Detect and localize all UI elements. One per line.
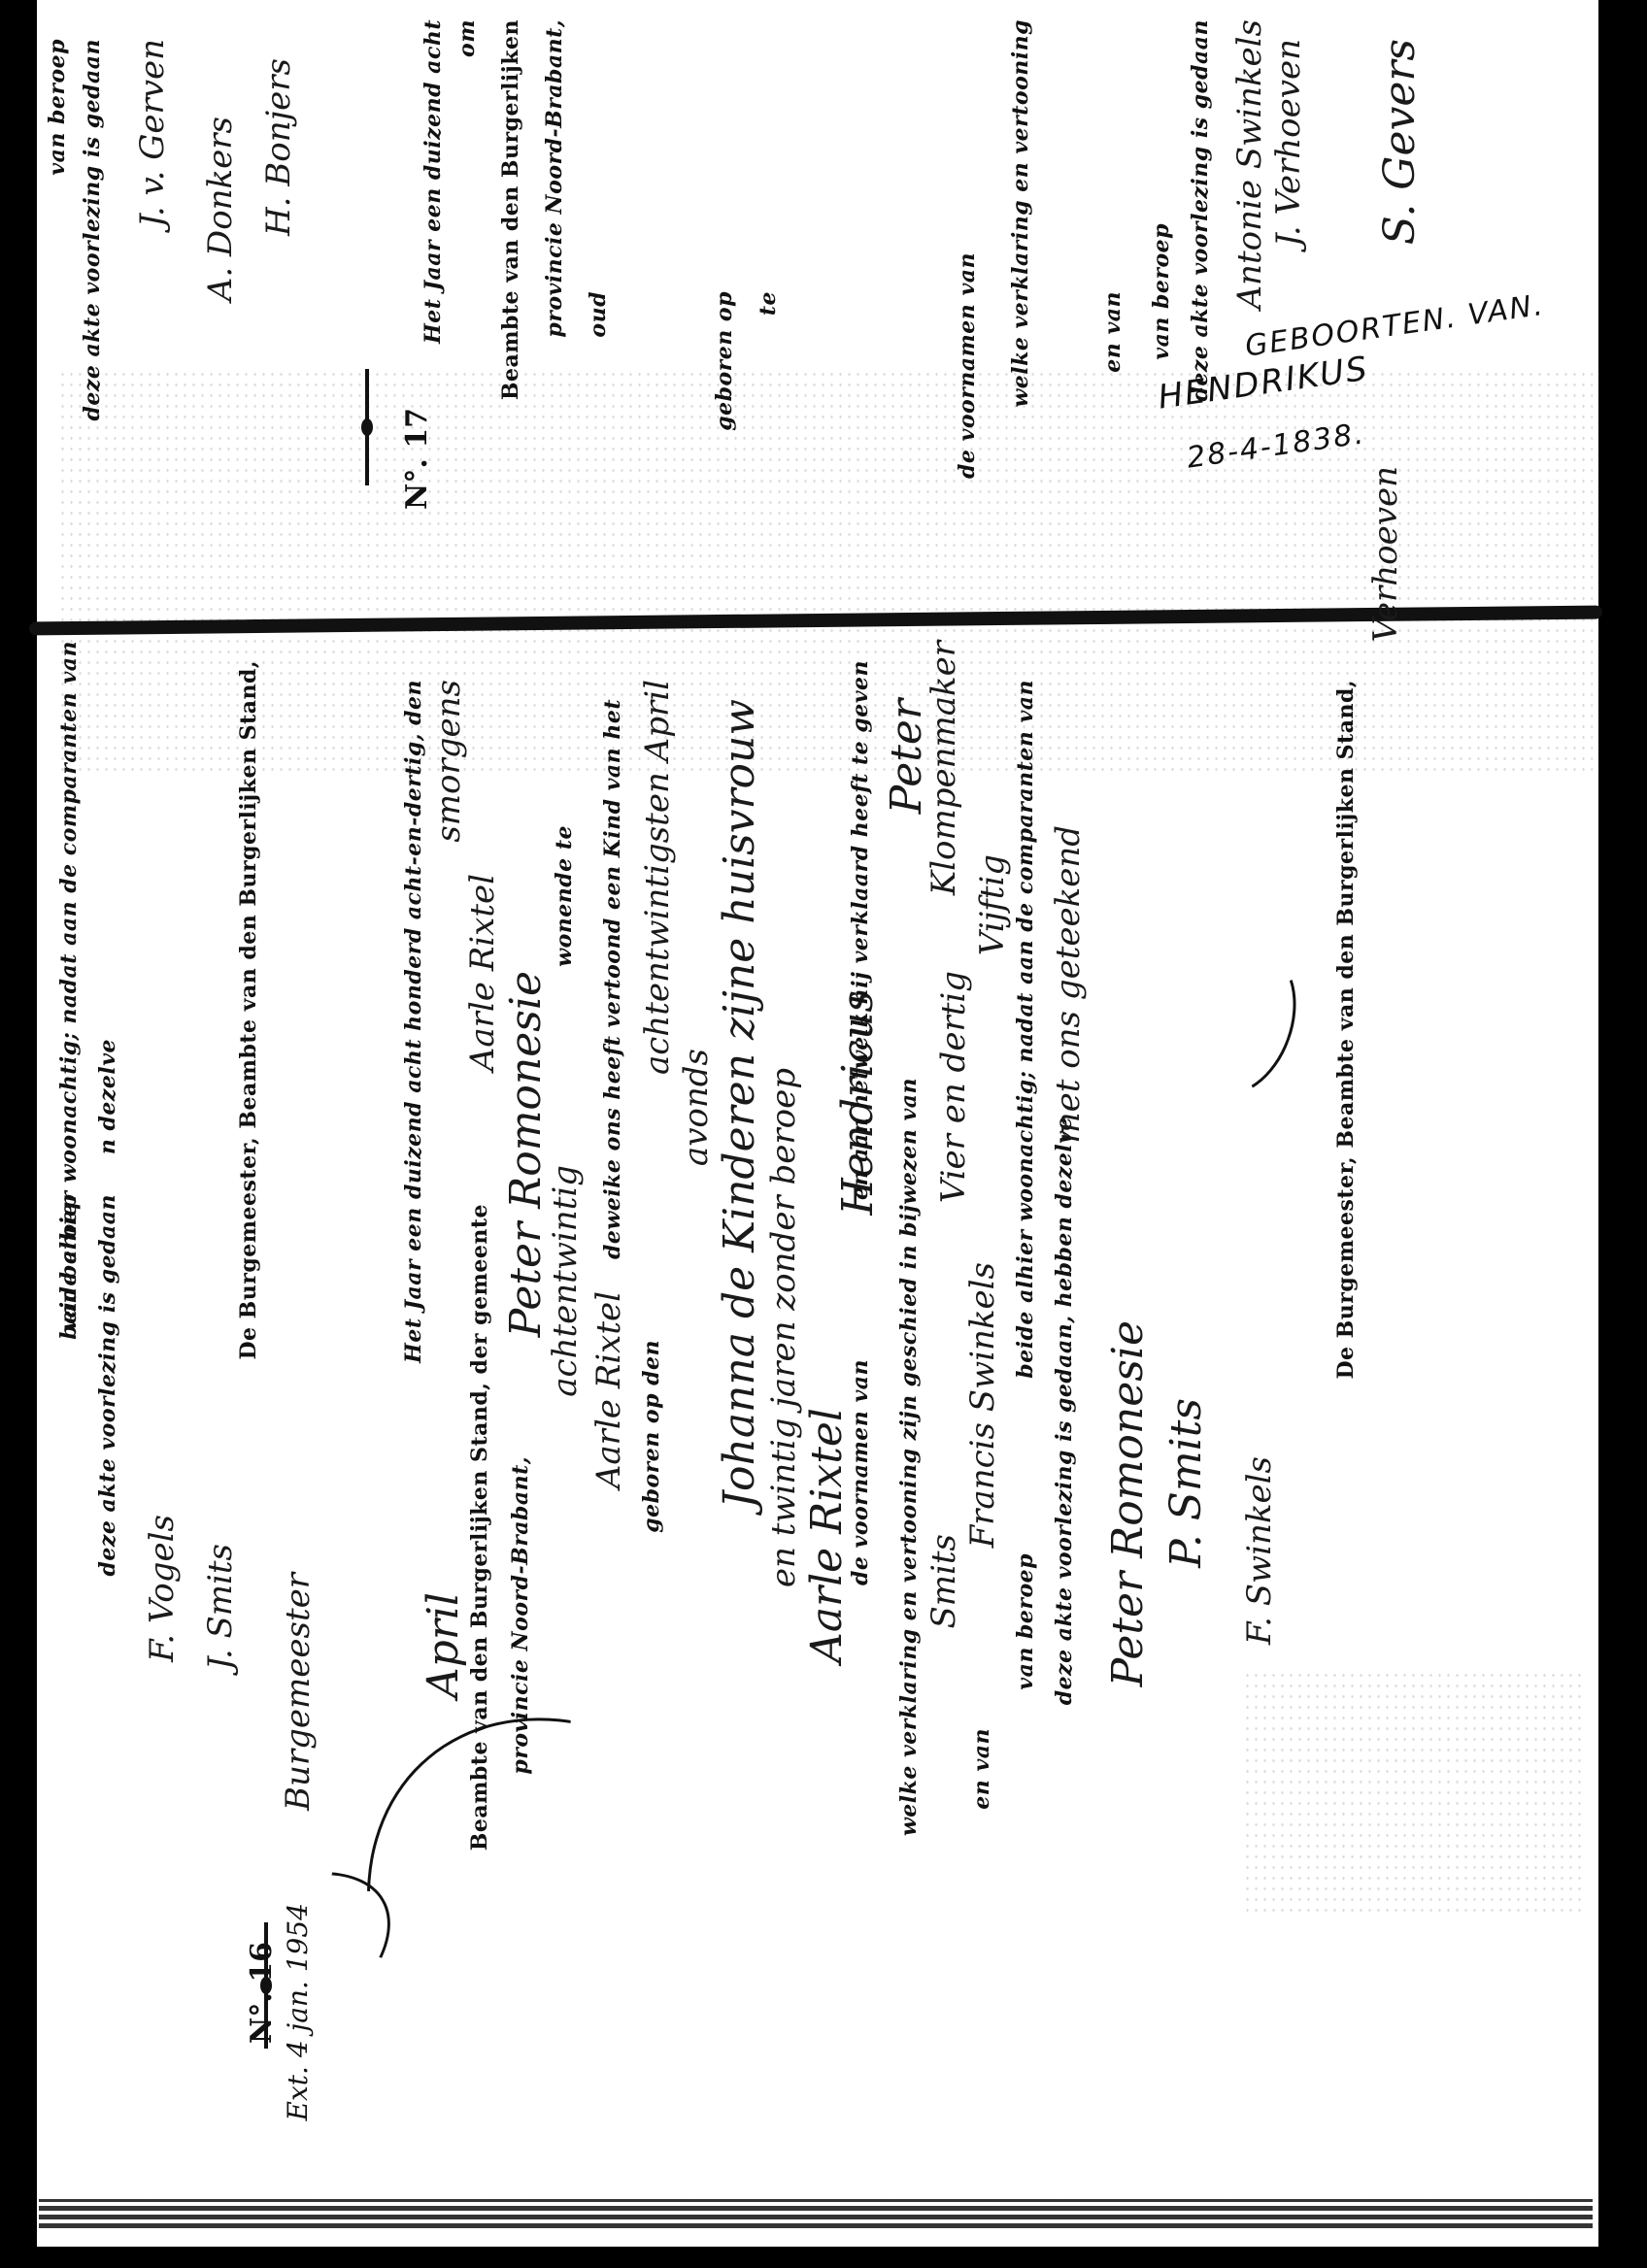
entry-line-hand: Peter [886,699,928,814]
entry-line: deze akte voorlezing is gedaan, hebben d… [1054,1117,1075,1705]
entry-line-hand: achtentwintigsten April [641,680,674,1075]
prev-entry-line: beide alhier woonachtig; nadat aan de co… [58,641,80,1340]
entry-line-hand: smorgens [432,680,465,843]
page-edge [39,2199,1593,2228]
entry-line: provincie Noord-Brabant, [544,19,565,338]
signature: F. Swinkels [1243,1456,1276,1645]
annotation-title: GEBOORTEN. VAN. [1243,288,1546,364]
entry-line-hand: Vijftig [976,854,1009,955]
closing-line: De Burgemeester, Beambte van den Burgerl… [238,660,259,1360]
entry-line: deze akte voorlezing is gedaan [1190,19,1211,401]
entry-line: van beroep [1015,1553,1036,1690]
entry-line: de voornamen van [850,1359,871,1585]
entry-line: de voornamen van [957,252,978,479]
prev-entry-line: deze akte voorlezing is gedaan [82,39,103,420]
signature: Antonie Swinkels [1233,19,1266,310]
entry-line-hand: Aarle Rixtel [466,874,499,1071]
entry-line-hand: achtentwintig [549,1165,582,1397]
registrar-signature: Verhoeven [1369,466,1402,643]
signature: P. Smits [1165,1398,1208,1568]
scan-border-left [0,0,37,2268]
entry-line-hand: Peter Romonesie [505,971,548,1337]
entry-line: en van [1102,291,1124,373]
entry-line: en aan hetwelk hij verklaard heeft te ge… [850,660,871,1200]
signature: S. Gevers [1379,39,1422,245]
closing-line: De Burgemeester, Beambte van den Burgerl… [1335,680,1357,1380]
entry-line: Het Jaar een duizend acht [422,19,444,344]
prev-entry-line: van beroep [47,39,68,176]
entry-line-hand: avonds [680,1049,713,1166]
entry-line-hand: Vier en dertig [937,971,970,1203]
entry-line: deweike ons heeft vertoond een Kind van … [602,699,623,1259]
scan-noise [1243,1670,1583,1913]
entry-line: en van [971,1728,992,1810]
entry-line: welke verklaring en vertooning [1010,19,1031,408]
scan-border-right [1598,0,1647,2268]
entry-line-hand: Francis Swinkels [966,1262,999,1548]
entry-line-hand: Aarle Rixtel [592,1291,625,1488]
entry-line-hand: en twintig jaren zonder beroep [767,1068,800,1587]
signature-flourish [1167,934,1316,1112]
signature: Peter Romonesie [1107,1320,1150,1686]
entry-line: oud [588,291,609,338]
signature: H. Bonjers [262,58,295,236]
signature: Burgemeester [282,1573,315,1811]
entry-line-hand: Johanna de Kinderen zijne huisvrouw [719,699,761,1509]
entry-line: geboren op den [641,1340,662,1533]
entry-line-hand: met ons geteekend [1052,825,1085,1144]
entry-line: te [757,291,779,316]
signature: A. Donkers [204,117,237,301]
entry-line: beide alhier woonachtig; nadat aan de co… [1015,680,1036,1379]
entry-line-hand: Aarle Rixtel [806,1408,849,1663]
entry-line-hand: Smits [927,1534,960,1629]
entry-line-hand: Klompenmaker [927,641,960,895]
entry-number: N°. 17 [400,408,434,510]
entry-line: Het Jaar een duizend acht honderd acht-e… [403,680,424,1363]
scan-border-bottom [0,2247,1647,2268]
signature: J. v. Gerven [136,39,169,227]
prev-entry-line: deze akte voorlezing is gedaan [97,1194,118,1576]
entry-line: om [456,19,478,57]
entry-ornament [365,369,369,485]
entry-line: van beroep [1151,223,1172,360]
entry-line: geboren op [714,291,735,431]
prev-entry-line: n dezelve [97,1039,118,1154]
signature: J. Smits [204,1544,237,1670]
signature: J. Verhoeven [1272,39,1305,247]
entry-line: Beambte van den Burgerlijken [500,19,521,400]
entry-line-hand: April [422,1592,465,1698]
signature: F. Vogels [146,1515,179,1662]
entry-line: welke verklaring en vertooning zijn gesc… [898,1078,920,1836]
entry-line: wonende te [554,825,575,967]
